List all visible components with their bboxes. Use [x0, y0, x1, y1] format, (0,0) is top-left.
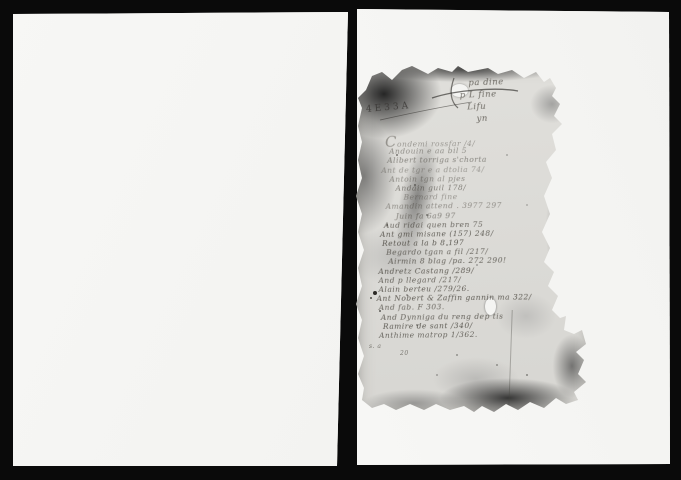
manuscript-header: pa dine p L fine Lifu yn — [454, 76, 505, 126]
index-entry: Anthime matrop 1/362. — [379, 329, 577, 340]
index-entries: Condemi rossfar /4/Andouin e aa bil 5Ali… — [355, 136, 577, 340]
footer-mark: 20 — [400, 350, 409, 357]
archive-stamp: 4E33A — [366, 101, 412, 115]
scanner-bed: 4E33A pa dine p L fine Lifu yn Condemi r… — [0, 0, 681, 480]
footer-mark: s. a — [369, 343, 381, 350]
header-paraph: yn — [476, 112, 505, 125]
